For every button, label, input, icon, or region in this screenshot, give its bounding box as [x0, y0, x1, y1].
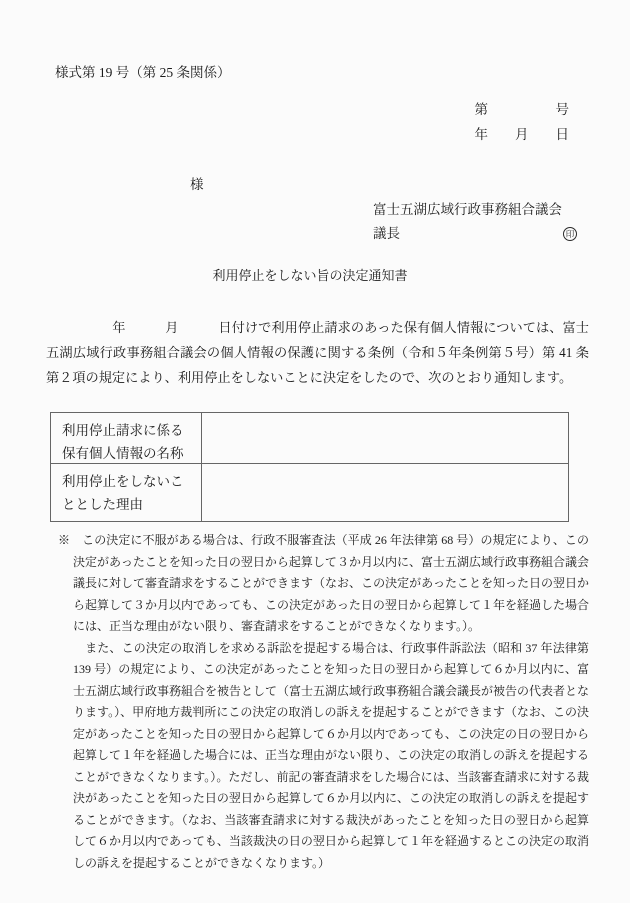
sender-organization: 富士五湖広域行政事務組合議会: [373, 200, 577, 219]
form-number: 様式第 19 号（第 25 条関係）: [55, 63, 231, 83]
document-page: 様式第 19 号（第 25 条関係） 第 号 年 月 日 様 富士五湖広域行政事…: [0, 0, 630, 903]
table-row: 利用停止をしないこととした理由: [51, 463, 568, 521]
notes-section: ※ この決定に不服がある場合は、行政不服審査法（平成 26 年法律第 68 号）…: [73, 530, 589, 874]
note-paragraph: ※ この決定に不服がある場合は、行政不服審査法（平成 26 年法律第 68 号）…: [73, 530, 589, 638]
seal-icon: 印: [563, 227, 577, 241]
table-row-label: 利用停止をしないこととした理由: [51, 464, 202, 521]
table-row: 利用停止請求に係る保有個人情報の名称等: [51, 413, 568, 463]
table-row-value-blank: [202, 413, 568, 463]
document-number-blank: 第 号: [475, 100, 570, 120]
document-title: 利用停止をしない旨の決定通知書: [0, 266, 620, 286]
body-paragraph: 年 月 日付けで利用停止請求のあった保有個人情報については、富士五湖広域行政事務…: [46, 315, 589, 390]
table-row-value-blank: [202, 464, 568, 521]
note-paragraph: また、この決定の取消しを求める訴訟を提起する場合は、行政事件訴訟法（昭和 37 …: [73, 638, 589, 875]
date-blank: 年 月 日: [475, 125, 570, 145]
sender-title: 議長: [373, 224, 400, 243]
decision-table: 利用停止請求に係る保有個人情報の名称等 利用停止をしないこととした理由: [50, 412, 569, 522]
sender-block: 富士五湖広域行政事務組合議会 議長 印: [373, 200, 577, 243]
addressee-honorific: 様: [190, 175, 204, 195]
sender-title-line: 議長 印: [373, 224, 577, 243]
table-row-label: 利用停止請求に係る保有個人情報の名称等: [51, 413, 202, 463]
